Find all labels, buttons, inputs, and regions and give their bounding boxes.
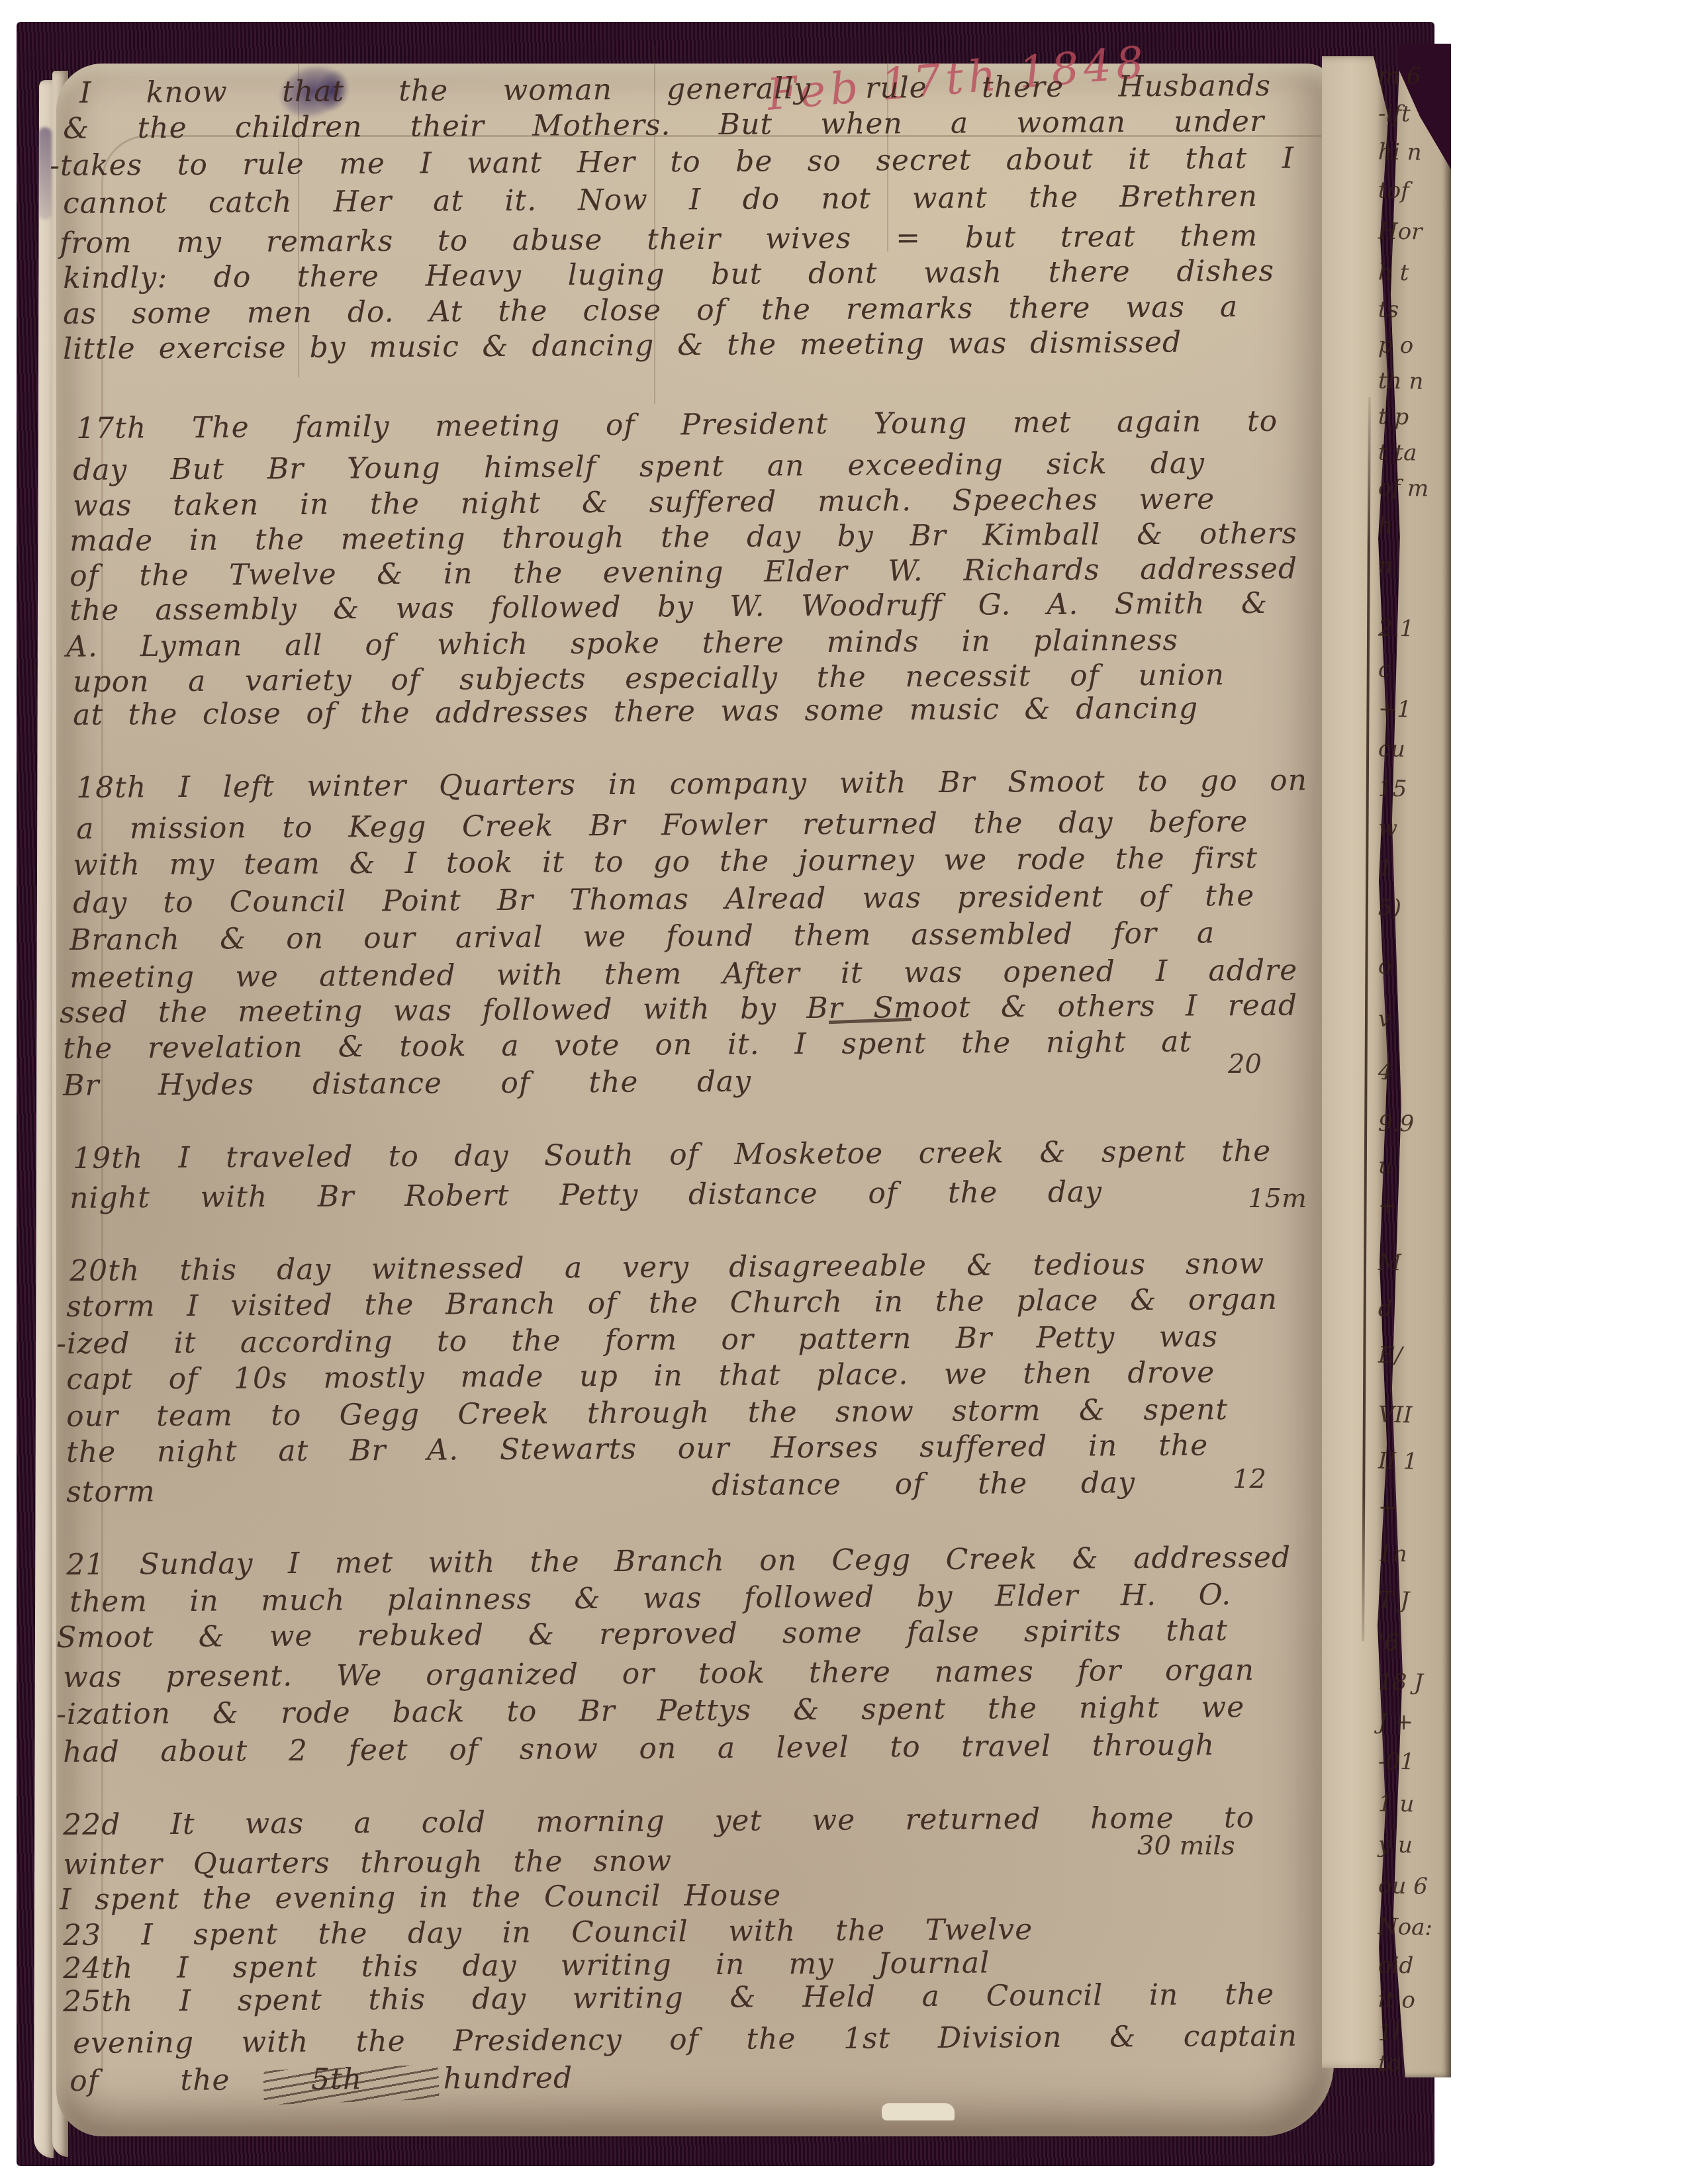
adjacent-page-fragment: o xyxy=(1378,953,1392,979)
manuscript-line: A. Lyman all of which spoke there minds … xyxy=(66,625,1178,662)
manuscript-line: I know that the woman generally rule the… xyxy=(79,71,1271,109)
manuscript-line: our team to Gegg Creek through the snow … xyxy=(66,1394,1228,1432)
adjacent-page-fragment: 4 xyxy=(1378,1059,1393,1085)
adjacent-page-fragment: h xyxy=(1378,513,1393,539)
manuscript-line: from my remarks to abuse their wives = b… xyxy=(60,221,1258,259)
adjacent-page-fragment: cu xyxy=(1378,736,1406,763)
adjacent-page-fragment: t ta xyxy=(1378,439,1417,466)
adjacent-page-fragment: 5) xyxy=(1378,895,1402,922)
adjacent-page-fragment: Noa: xyxy=(1378,1913,1433,1940)
manuscript-line: a mission to Kegg Creek Br Fowler return… xyxy=(76,807,1248,844)
manuscript-line: storm xyxy=(66,1477,212,1508)
adjacent-page-fragment: hi n xyxy=(1378,138,1422,165)
adjacent-page-fragment: 1n xyxy=(1378,1541,1407,1568)
manuscript-line: 17th The family meeting of President You… xyxy=(76,406,1278,444)
adjacent-page-fragment: 9.9 xyxy=(1378,1111,1415,1138)
manuscript-line: evening with the Presidency of the 1st D… xyxy=(73,2021,1297,2059)
adjacent-page-fragment: u xyxy=(1378,1153,1393,1179)
adjacent-page-fragment: w xyxy=(1378,815,1398,842)
adjacent-page-fragment: -ift xyxy=(1378,101,1411,128)
adjacent-page-fragment: 15 xyxy=(1378,776,1407,803)
adjacent-page-fragment: c xyxy=(1378,657,1391,683)
manuscript-line: of the 5th hundred xyxy=(70,2063,573,2097)
adjacent-page-fragment: VII xyxy=(1378,1402,1413,1429)
manuscript-line: 22d It was a cold morning yet we returne… xyxy=(63,1803,1254,1841)
manuscript-line: & the children their Mothers. But when a… xyxy=(63,107,1264,144)
manuscript-line: the night at Br A. Stewarts our Horses s… xyxy=(66,1430,1208,1468)
manuscript-line: Br Hydes distance of the day xyxy=(63,1067,751,1102)
manuscript-line: the assembly & was followed by W. Woodru… xyxy=(70,588,1268,626)
manuscript-line: as some men do. At the close of the rema… xyxy=(63,292,1238,330)
margin-note: 12 xyxy=(1233,1464,1266,1494)
manuscript-line: distance of the day xyxy=(712,1468,1135,1501)
adjacent-page-fragment: 1 u xyxy=(1378,1791,1415,1818)
adjacent-page-fragment: n xyxy=(1378,553,1393,579)
adjacent-page-fragment: d xyxy=(1378,1296,1393,1322)
adjacent-page-fragment: E/ xyxy=(1378,1342,1403,1369)
adjacent-page-fragment: m 6 xyxy=(1378,62,1421,89)
adjacent-page-fragment: to xyxy=(1378,2050,1401,2077)
adjacent-page-fragment: ts xyxy=(1378,296,1399,324)
paper-tear-chip xyxy=(882,2103,955,2120)
manuscript-line: 19th I traveled to day South of Mosketoe… xyxy=(73,1136,1271,1174)
adjacent-page-fragment: y u xyxy=(1378,1832,1413,1859)
manuscript-line: was present. We organized or took there … xyxy=(63,1655,1254,1693)
manuscript-line: was taken in the night & suffered much. … xyxy=(73,484,1215,522)
adjacent-page-fragment: T J xyxy=(1378,1587,1410,1614)
manuscript-line: storm I visited the Branch of the Church… xyxy=(66,1285,1278,1322)
adjacent-page-fragment: M xyxy=(1378,1250,1402,1277)
adjacent-page-fragment: 1 xyxy=(1378,855,1393,882)
manuscript-line: -ization & rode back to Br Pettys & spen… xyxy=(56,1692,1244,1730)
manuscript-line: -ized it according to the form or patter… xyxy=(56,1322,1218,1359)
manuscript-line: Smoot & we rebuked & reproved some false… xyxy=(56,1615,1228,1653)
manuscript-line: the revelation & took a vote on it. I sp… xyxy=(63,1027,1192,1065)
adjacent-page-fragment: 1l xyxy=(1378,2020,1400,2047)
adjacent-page-fragment: '6 xyxy=(1378,1629,1399,1657)
gutter-crack-line xyxy=(1362,397,1371,1641)
manuscript-line: 21 Sunday I met with the Branch on Cegg … xyxy=(66,1543,1291,1580)
manuscript-line: capt of 10s mostly made up in that place… xyxy=(66,1357,1215,1395)
manuscript-line: 20th this day witnessed a very disagreea… xyxy=(70,1249,1264,1287)
adjacent-page-fragment: J + xyxy=(1378,1709,1414,1736)
adjacent-page-fragment: 2.1 xyxy=(1378,615,1415,643)
manuscript-line: day to Council Point Br Thomas Alread wa… xyxy=(73,881,1254,919)
adjacent-page-fragment: 18 J xyxy=(1378,1668,1423,1696)
manuscript-line: had about 2 feet of snow on a level to t… xyxy=(63,1730,1215,1768)
manuscript-line: with my team & I took it to go the journ… xyxy=(73,843,1258,881)
journal-scan: Feb 17th 1848 I know that the woman gene… xyxy=(0,0,1688,2184)
manuscript-line: of the Twelve & in the evening Elder W. … xyxy=(70,554,1297,592)
adjacent-page-fragment: oid xyxy=(1378,1952,1414,1979)
manuscript-line: -takes to rule me I want Her to be so se… xyxy=(50,144,1294,182)
manuscript-line: 24th I spent this day writing in my Jour… xyxy=(63,1948,990,1984)
manuscript-line: kindly: do there Heavy luging but dont w… xyxy=(63,256,1274,294)
adjacent-page-fragment: h t xyxy=(1378,259,1409,287)
adjacent-page-fragment: of m xyxy=(1378,475,1429,502)
manuscript-line: meeting we attended with them After it w… xyxy=(70,956,1297,994)
margin-note: 30 mils xyxy=(1137,1831,1235,1861)
adjacent-page-fragment: +1 xyxy=(1378,696,1412,723)
manuscript-line: cannot catch Her at it. Now I do not wan… xyxy=(63,181,1258,219)
manuscript-line: 25th I spent this day writing & Held a C… xyxy=(63,1979,1274,2017)
manuscript-line: little exercise by music & dancing & the… xyxy=(63,328,1182,365)
manuscript-line: day But Br Young himself spent an exceed… xyxy=(73,449,1205,486)
adjacent-page-fragment: II 1 xyxy=(1378,1447,1418,1475)
manuscript-line: I spent the evening in the Council House xyxy=(60,1880,781,1915)
adjacent-page-fragment: + xyxy=(1378,1494,1397,1521)
adjacent-page-fragment: p o xyxy=(1378,332,1414,359)
manuscript-line: 18th I left winter Quarters in company w… xyxy=(76,766,1307,804)
adjacent-page-fragment: + xyxy=(1378,1193,1397,1219)
manuscript-text-layer: Feb 17th 1848 I know that the woman gene… xyxy=(0,0,1688,2184)
adjacent-page-fragment: tof xyxy=(1378,177,1409,205)
manuscript-line: winter Quarters through the snow xyxy=(63,1846,672,1880)
adjacent-page-fragment: t p xyxy=(1378,404,1409,431)
adjacent-page-fragment: ou 6 xyxy=(1378,1872,1428,1899)
manuscript-line: night with Br Robert Petty distance of t… xyxy=(70,1177,1102,1214)
adjacent-page-fragment: it o xyxy=(1378,1987,1416,2014)
adjacent-page-fragment: Hor xyxy=(1378,218,1423,245)
manuscript-line: made in the meeting through the day by B… xyxy=(70,519,1297,557)
margin-note: 15m xyxy=(1248,1183,1307,1214)
adjacent-page-fragment: v xyxy=(1378,1006,1391,1032)
adjacent-page-fragment: -01 xyxy=(1378,1749,1415,1776)
manuscript-line: them in much plainness & was followed by… xyxy=(70,1580,1231,1617)
manuscript-line: ssed the meeting was followed with by Br… xyxy=(60,991,1297,1029)
manuscript-line: 23 I spent the day in Council with the T… xyxy=(63,1915,1033,1951)
manuscript-line: at the close of the addresses there was … xyxy=(73,694,1198,731)
adjacent-page-fragment: th n xyxy=(1378,367,1424,394)
manuscript-line: Branch & on our arival we found them ass… xyxy=(70,918,1215,956)
margin-note: 20 xyxy=(1228,1049,1262,1079)
